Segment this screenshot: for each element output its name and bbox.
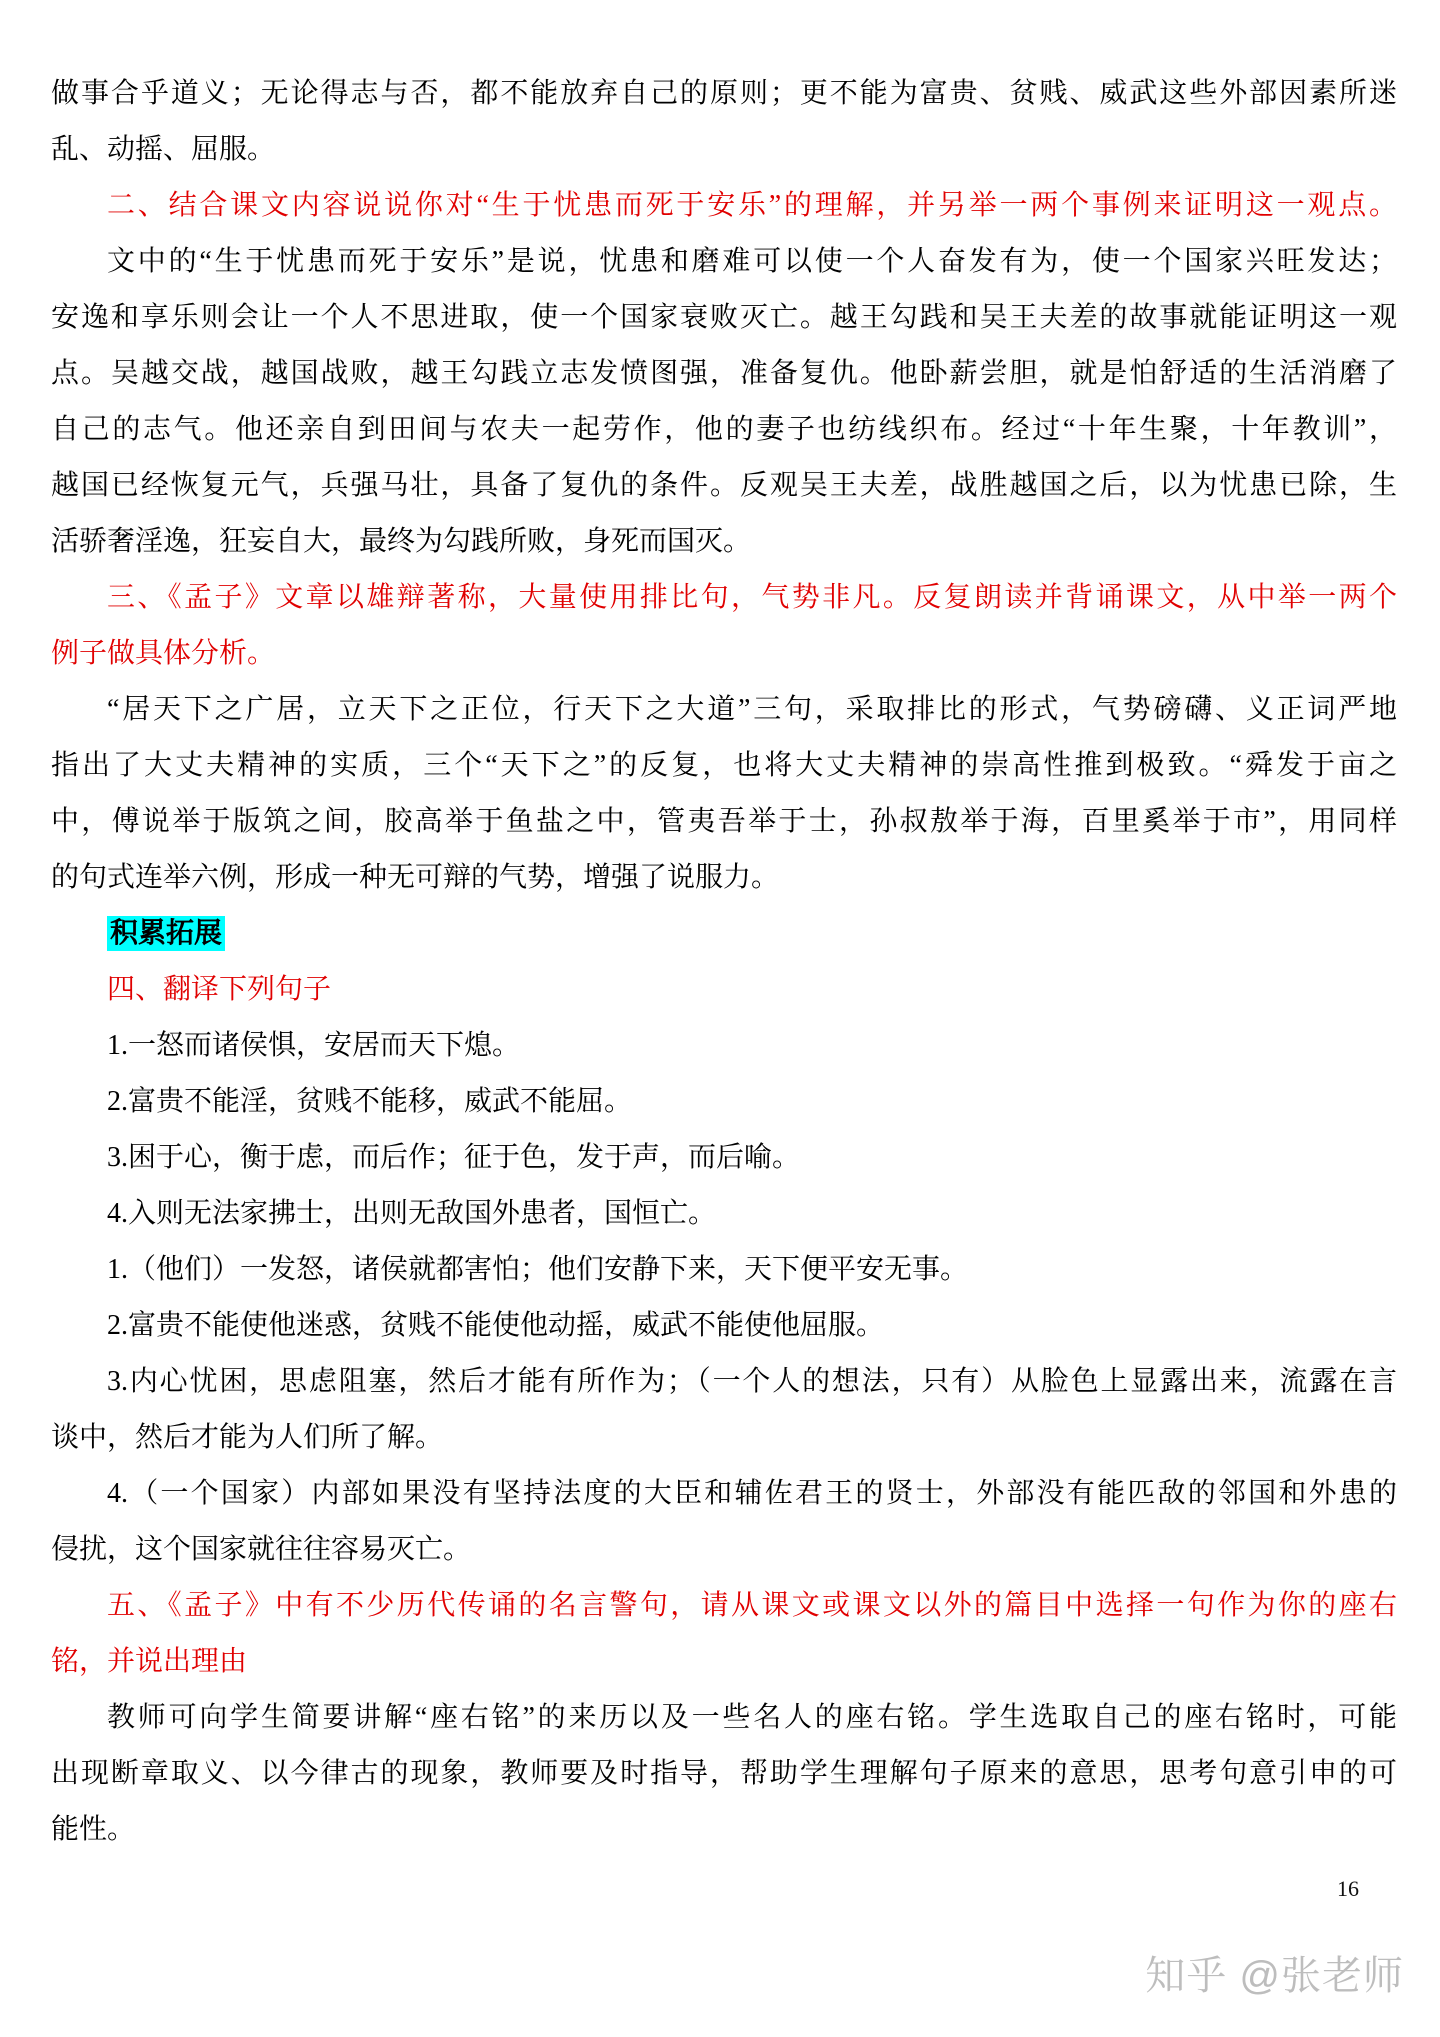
answer-5-paragraph-line-1: 教师可向学生简要讲解“座右铭”的来历以及一些名人的座右铭。学生选取自己的座右铭时… [51, 1690, 1397, 1746]
answer-2-paragraph-line-3: 点。吴越交战，越国战败，越王勾践立志发愤图强，准备复仇。他卧薪尝胆，就是怕舒适的… [51, 346, 1397, 402]
answer-2-paragraph-line-4: 自己的志气。他还亲自到田间与农夫一起劳作，他的妻子也纺线织布。经过“十年生聚，十… [51, 402, 1397, 458]
highlighted-section-title: 积累拓展 [107, 916, 225, 951]
answer-5-paragraph: 教师可向学生简要讲解“座右铭”的来历以及一些名人的座右铭。学生选取自己的座右铭时… [51, 1690, 1397, 1858]
answer-2-paragraph-line-5: 越国已经恢复元气，兵强马壮，具备了复仇的条件。反观吴王夫差，战胜越国之后，以为忧… [51, 458, 1397, 514]
answer-1-paragraph-continuation-line-1: 做事合乎道义；无论得志与否，都不能放弃自己的原则；更不能为富贵、贫贱、威武这些外… [51, 66, 1397, 122]
answer-2-paragraph-line-2: 安逸和享乐则会让一个人不思进取，使一个国家衰败灭亡。越王勾践和吴王夫差的故事就能… [51, 290, 1397, 346]
question-2-heading: 二、结合课文内容说说你对“生于忧患而死于安乐”的理解，并另举一两个事例来证明这一… [51, 178, 1397, 234]
answer-2-paragraph-line-1: 文中的“生于忧患而死于安乐”是说，忧患和磨难可以使一个人奋发有为，使一个国家兴旺… [51, 234, 1397, 290]
question-4-heading-line-1: 四、翻译下列句子 [51, 962, 1397, 1018]
answer-5-paragraph-line-2: 出现断章取义、以今律古的现象，教师要及时指导，帮助学生理解句子原来的意思，思考句… [51, 1746, 1397, 1802]
answer-1-paragraph-continuation: 做事合乎道义；无论得志与否，都不能放弃自己的原则；更不能为富贵、贫贱、威武这些外… [51, 66, 1397, 178]
section-badge: 积累拓展 [51, 906, 1397, 962]
translation-answer-3: 3.内心忧困，思虑阻塞，然后才能有所作为；（一个人的想法，只有）从脸色上显露出来… [51, 1354, 1397, 1466]
translation-item-4: 4.入则无法家拂士，出则无敌国外患者，国恒亡。 [51, 1186, 1397, 1242]
question-3-heading: 三、《孟子》文章以雄辩著称，大量使用排比句，气势非凡。反复朗读并背诵课文，从中举… [51, 570, 1397, 682]
question-3-heading-line-1: 三、《孟子》文章以雄辩著称，大量使用排比句，气势非凡。反复朗读并背诵课文，从中举… [51, 570, 1397, 626]
question-5-heading-line-1: 五、《孟子》中有不少历代传诵的名言警句，请从课文或课文以外的篇目中选择一句作为你… [51, 1578, 1397, 1634]
translation-answer-3-line-2: 谈中，然后才能为人们所了解。 [51, 1410, 1397, 1466]
section-badge-line-1: 积累拓展 [51, 906, 1397, 962]
translation-answer-3-line-1: 3.内心忧困，思虑阻塞，然后才能有所作为；（一个人的想法，只有）从脸色上显露出来… [51, 1354, 1397, 1410]
question-5-heading: 五、《孟子》中有不少历代传诵的名言警句，请从课文或课文以外的篇目中选择一句作为你… [51, 1578, 1397, 1690]
answer-2-paragraph: 文中的“生于忧患而死于安乐”是说，忧患和磨难可以使一个人奋发有为，使一个国家兴旺… [51, 234, 1397, 570]
question-5-heading-line-2: 铭，并说出理由 [51, 1634, 1397, 1690]
translation-item-1: 1.一怒而诸侯惧，安居而天下熄。 [51, 1018, 1397, 1074]
answer-3-paragraph-line-2: 指出了大丈夫精神的实质，三个“天下之”的反复，也将大丈夫精神的崇高性推到极致。“… [51, 738, 1397, 794]
answer-1-paragraph-continuation-line-2: 乱、动摇、屈服。 [51, 122, 1397, 178]
translation-answer-4-line-1: 4.（一个国家）内部如果没有坚持法度的大臣和辅佐君王的贤士，外部没有能匹敌的邻国… [51, 1466, 1397, 1522]
question-4-heading: 四、翻译下列句子 [51, 962, 1397, 1018]
translation-item-4-line-1: 4.入则无法家拂士，出则无敌国外患者，国恒亡。 [51, 1186, 1397, 1242]
answer-3-paragraph: “居天下之广居，立天下之正位，行天下之大道”三句，采取排比的形式，气势磅礴、义正… [51, 682, 1397, 906]
document-page: 做事合乎道义；无论得志与否，都不能放弃自己的原则；更不能为富贵、贫贱、威武这些外… [0, 0, 1440, 2037]
translation-answer-4-line-2: 侵扰，这个国家就往往容易灭亡。 [51, 1522, 1397, 1578]
question-3-heading-line-2: 例子做具体分析。 [51, 626, 1397, 682]
translation-answer-1-line-1: 1.（他们）一发怒，诸侯就都害怕；他们安静下来，天下便平安无事。 [51, 1242, 1397, 1298]
question-2-heading-line-1: 二、结合课文内容说说你对“生于忧患而死于安乐”的理解，并另举一两个事例来证明这一… [51, 178, 1397, 234]
translation-answer-1: 1.（他们）一发怒，诸侯就都害怕；他们安静下来，天下便平安无事。 [51, 1242, 1397, 1298]
translation-item-1-line-1: 1.一怒而诸侯惧，安居而天下熄。 [51, 1018, 1397, 1074]
translation-item-2-line-1: 2.富贵不能淫，贫贱不能移，威武不能屈。 [51, 1074, 1397, 1130]
answer-5-paragraph-line-3: 能性。 [51, 1802, 1397, 1858]
translation-item-2: 2.富贵不能淫，贫贱不能移，威武不能屈。 [51, 1074, 1397, 1130]
document-body: 做事合乎道义；无论得志与否，都不能放弃自己的原则；更不能为富贵、贫贱、威武这些外… [51, 66, 1397, 1858]
answer-2-paragraph-line-6: 活骄奢淫逸，狂妄自大，最终为勾践所败，身死而国灭。 [51, 514, 1397, 570]
answer-3-paragraph-line-4: 的句式连举六例，形成一种无可辩的气势，增强了说服力。 [51, 850, 1397, 906]
translation-item-3: 3.困于心，衡于虑，而后作；征于色，发于声，而后喻。 [51, 1130, 1397, 1186]
translation-answer-4: 4.（一个国家）内部如果没有坚持法度的大臣和辅佐君王的贤士，外部没有能匹敌的邻国… [51, 1466, 1397, 1578]
translation-item-3-line-1: 3.困于心，衡于虑，而后作；征于色，发于声，而后喻。 [51, 1130, 1397, 1186]
translation-answer-2: 2.富贵不能使他迷惑，贫贱不能使他动摇，威武不能使他屈服。 [51, 1298, 1397, 1354]
answer-3-paragraph-line-3: 中，傅说举于版筑之间，胶高举于鱼盐之中，管夷吾举于士，孙叔敖举于海，百里奚举于市… [51, 794, 1397, 850]
watermark: 知乎 @张老师 [1145, 1952, 1404, 2000]
page-number: 16 [1337, 1876, 1359, 1902]
answer-3-paragraph-line-1: “居天下之广居，立天下之正位，行天下之大道”三句，采取排比的形式，气势磅礴、义正… [51, 682, 1397, 738]
translation-answer-2-line-1: 2.富贵不能使他迷惑，贫贱不能使他动摇，威武不能使他屈服。 [51, 1298, 1397, 1354]
